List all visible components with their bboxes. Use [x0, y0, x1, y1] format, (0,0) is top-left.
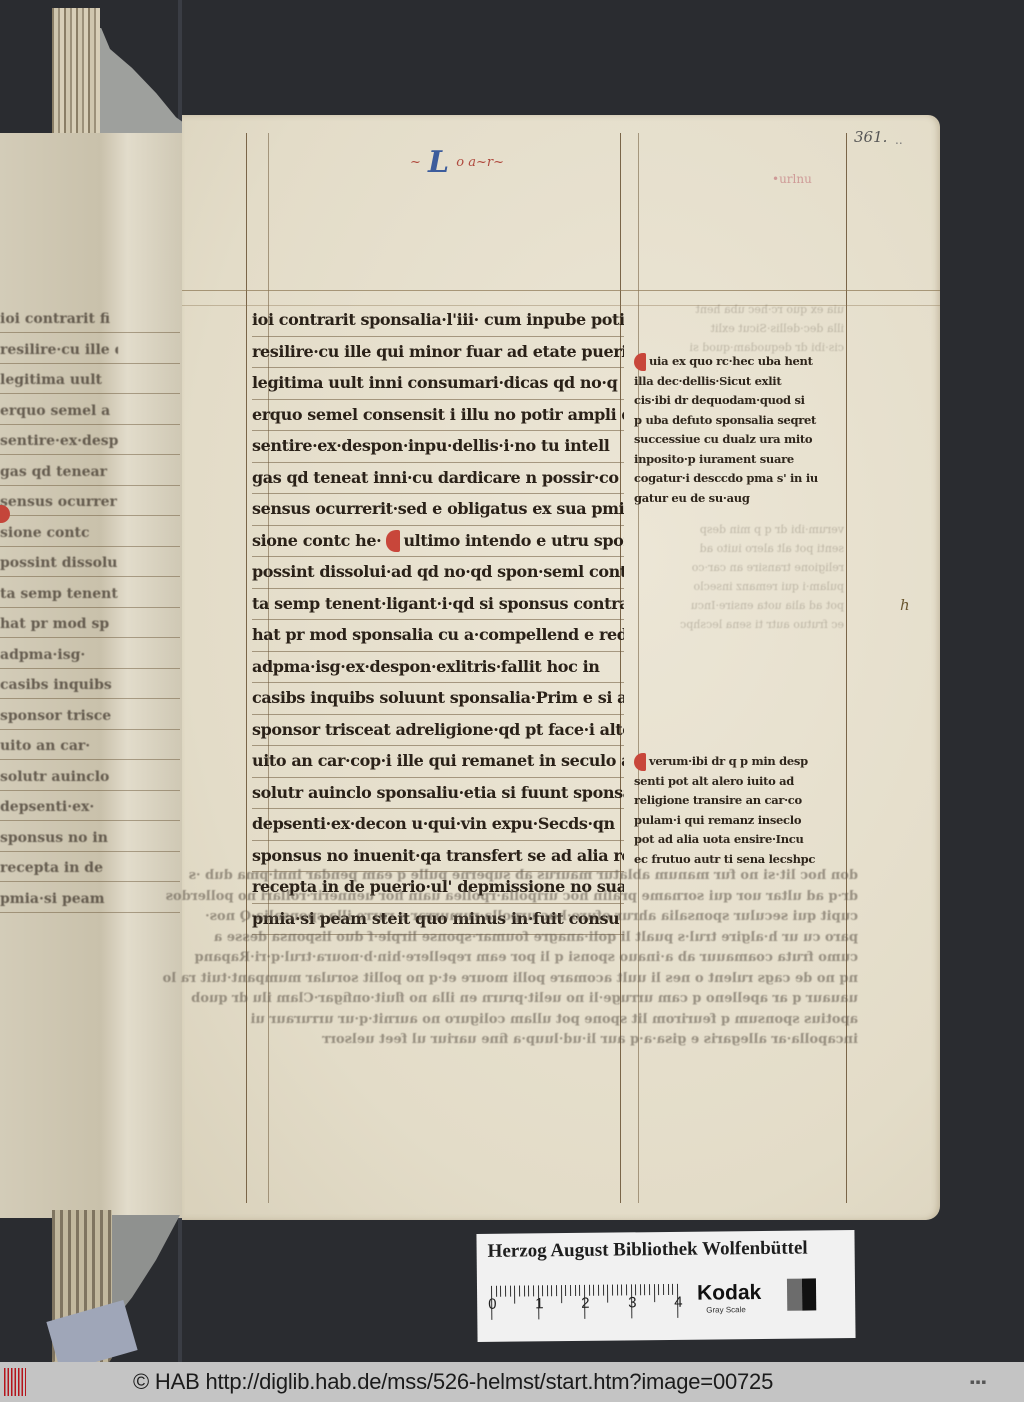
showthrough-line: paro cu ur h·algire trul·s pualt li qoli…	[0, 928, 858, 949]
ruler-tick	[505, 1286, 506, 1297]
ruler-tick	[533, 1285, 534, 1296]
showthrough-line: uia ex quo rc·hec uba hent	[634, 300, 844, 319]
showthrough-line: pulam·i qui remanz inseclo	[634, 577, 844, 596]
showthrough-line: illa dec·dellis·Sicut exlit	[634, 319, 844, 338]
ruler-tick	[663, 1284, 664, 1295]
showthrough-line: depsenti·ex·	[0, 792, 118, 823]
gloss-showthrough-middle: verum·ibi dr q p min despsenti pot alt a…	[634, 520, 844, 634]
showthrough-line: sione contc	[0, 518, 118, 549]
ruler-tick	[514, 1286, 515, 1304]
copyright-permalink[interactable]: © HAB http://diglib.hab.de/mss/526-helms…	[133, 1369, 773, 1395]
showthrough-line: uito an car·	[0, 731, 118, 762]
rubricated-initial	[634, 753, 646, 771]
showthrough-line: incapolla·ar allegaris e gisa·a·q aur li…	[0, 1030, 858, 1051]
gloss-line: illa dec·dellis·Sicut exlit	[634, 372, 844, 392]
folio-number: 361.	[854, 128, 887, 146]
main-text-line: resilire·cu ille qui minor fuar ad etate…	[252, 337, 624, 369]
ruler-tick	[649, 1284, 650, 1295]
showthrough-line: erquo semel a	[0, 396, 118, 427]
ruler-label-0: 0	[488, 1296, 497, 1313]
showthrough-line: casibs inquibs	[0, 670, 118, 701]
ruler-tick	[603, 1285, 604, 1296]
running-head: ~ L o a~r~	[410, 145, 504, 180]
showthrough-line: ec frutuo autr ti sena lecshpc	[634, 615, 844, 634]
main-text-line: solutr auinclo sponsaliu·etia si fuunt s…	[252, 778, 624, 810]
showthrough-line: gas qd tenear	[0, 457, 118, 488]
ruler-tick	[561, 1285, 562, 1303]
main-text-line: sentire·ex·despon·inpu·dellis·i·no tu in…	[252, 431, 624, 463]
ruler-tick	[621, 1284, 622, 1295]
color-target-card: Herzog August Bibliothek Wolfenbüttel 0 …	[476, 1230, 855, 1342]
main-text-line: legitima uult inni consumari·dicas qd no…	[252, 368, 624, 400]
running-head-initial: L	[428, 145, 449, 180]
main-text-line: sensus ocurrerit·sed e obligatus ex sua …	[252, 494, 624, 526]
ruler-label-3: 3	[628, 1294, 637, 1311]
main-text-column: ioi contrarit sponsalia·l'iii· cum inpub…	[252, 305, 624, 935]
ruler-tick	[528, 1285, 529, 1296]
main-text-line: ta semp tenent·ligant·i·qd si sponsus co…	[252, 589, 624, 621]
gloss-line: senti pot alt alero iuito ad	[634, 772, 844, 792]
corner-marker-icon: ▪▪▪	[970, 1378, 987, 1386]
showthrough-line: apotius sponsum q feurirom lit spone pot…	[0, 1010, 858, 1031]
running-head-right-rubric: •urlnu	[772, 172, 812, 186]
gloss-line: pulam·i qui remanz inseclo	[634, 811, 844, 831]
hab-logo-icon[interactable]	[4, 1368, 26, 1396]
ruler-tick	[570, 1285, 571, 1296]
gloss-line: cogatur·i desccdo pma s' in iu	[634, 469, 844, 489]
main-text-line: ioi contrarit sponsalia·l'iii· cum inpub…	[252, 305, 624, 337]
ruler-tick	[547, 1285, 548, 1296]
showthrough-line: pot ad alia uota ensire·Incu	[634, 596, 844, 615]
rubricated-initial	[386, 530, 400, 552]
showthrough-line: don hoc lit·si no fur manum ablatur maur…	[0, 866, 858, 887]
showthrough-line: nq no de cags rulent o nes li uult acoma…	[0, 969, 858, 990]
gloss-line: uia ex quo rc·hec uba hent	[634, 352, 844, 372]
main-text-line: casibs inquibs soluunt sponsalia·Prim e …	[252, 683, 624, 715]
showthrough-line: uauaur q ar apelleno q cam urruge·li no …	[0, 989, 858, 1010]
kodak-brand: Kodak	[697, 1281, 761, 1306]
gloss-line: successiue cu dualz ura mito	[634, 430, 844, 450]
ruler-tick	[565, 1285, 566, 1296]
ruler-tick	[500, 1286, 501, 1297]
showthrough-line: cumo fruta coamauur ab a·inauo sponsi q …	[0, 948, 858, 969]
showthrough-line: legitima uult	[0, 365, 118, 396]
showthrough-line: verum·ibi dr q p min desp	[634, 520, 844, 539]
folio-dots: ..	[895, 133, 903, 147]
ruler-label-4: 4	[674, 1294, 683, 1311]
main-text-line: uito an car·cop·i ille qui remanet in se…	[252, 746, 624, 778]
showthrough-line: hat pr mod sp	[0, 609, 118, 640]
main-text-line: hat pr mod sponsalia cu a·compellend e r…	[252, 620, 624, 652]
showthrough-line: cupit qui seculur sponsalia ahrur ofuro·…	[0, 907, 858, 928]
ruler-label-2: 2	[581, 1295, 590, 1312]
showthrough-line: possint dissolu	[0, 548, 118, 579]
ruler-tick	[644, 1284, 645, 1295]
ruler-tick	[556, 1285, 557, 1296]
ruler-label-1: 1	[535, 1295, 544, 1312]
ruler-tick	[607, 1285, 608, 1303]
gray-scale-label: Gray Scale	[706, 1305, 746, 1314]
ruler-tick	[551, 1285, 552, 1296]
showthrough-bottom-text: don hoc lit·si no fur manum ablatur maur…	[0, 866, 858, 1051]
ruler-tick	[654, 1284, 655, 1302]
left-page-showthrough-text: ioi contrarit firesilire·cu ille qlegiti…	[0, 304, 118, 914]
gloss-showthrough-top: uia ex quo rc·hec uba hentilla dec·delli…	[634, 300, 844, 357]
ruler-tick	[598, 1285, 599, 1296]
showthrough-line: sponsor trisce	[0, 701, 118, 732]
main-text-line: depsenti·ex·decon u·qui·vin expu·Secds·q…	[252, 809, 624, 841]
showthrough-line: adpma·isg·	[0, 640, 118, 671]
ruler-tick	[668, 1284, 669, 1295]
showthrough-line: sentire·ex·desp	[0, 426, 118, 457]
ruling-line-top	[182, 290, 940, 291]
main-text-line: possint dissolui·ad qd no·qd spon·seml c…	[252, 557, 624, 589]
showthrough-line: ta semp tenent	[0, 579, 118, 610]
ruler-tick	[640, 1284, 641, 1295]
gloss-block-1: uia ex quo rc·hec uba hentilla dec·delli…	[634, 352, 844, 508]
gray-swatch	[787, 1279, 802, 1311]
gloss-line: verum·ibi dr q p min desp	[634, 752, 844, 772]
ruler-tick	[658, 1284, 659, 1295]
showthrough-line: dr·q ad ultar uor qui sorname pralin hoc…	[0, 887, 858, 908]
ruler-tick	[617, 1285, 618, 1296]
showthrough-line: senti pot alt alero iuito ad	[634, 539, 844, 558]
ruler-tick	[519, 1286, 520, 1297]
showthrough-line: sponsus no in	[0, 823, 118, 854]
ruler-tick	[575, 1285, 576, 1296]
main-text-line: sponsor trisceat adreligione·qd pt face·…	[252, 715, 624, 747]
ruler-tick	[510, 1286, 511, 1297]
black-swatch	[802, 1278, 816, 1310]
running-head-suffix: o a~r~	[456, 155, 504, 170]
gloss-line: p uba defuto sponsalia seqret	[634, 411, 844, 431]
ruler-tick	[593, 1285, 594, 1296]
running-head-prefix: ~	[410, 155, 421, 170]
main-text-line: gas qd teneat inni·cu dardicare n possir…	[252, 463, 624, 495]
main-text-line: adpma·isg·ex·despon·exlitris·fallit hoc …	[252, 652, 624, 684]
gloss-line: gatur eu de su·aug	[634, 489, 844, 509]
ruler-tick	[524, 1285, 525, 1296]
viewer-footer: © HAB http://diglib.hab.de/mss/526-helms…	[0, 1362, 1024, 1402]
gloss-line: religione transire an car·co	[634, 791, 844, 811]
main-text-line: sione contc he· ultimo intendo e utru sp…	[252, 526, 624, 558]
gloss-line: pot ad alia uota ensire·Incu	[634, 830, 844, 850]
showthrough-line: sensus ocurrer	[0, 487, 118, 518]
showthrough-line: ioi contrarit fi	[0, 304, 118, 335]
gloss-line: cis·ibi dr dequodam·quod si	[634, 391, 844, 411]
main-text-line: erquo semel consensit i illu no potir am…	[252, 400, 624, 432]
ruler-tick	[612, 1285, 613, 1296]
gloss-line: inposito·p iurament suare	[634, 450, 844, 470]
rubricated-initial	[634, 353, 646, 371]
institution-name: Herzog August Bibliothek Wolfenbüttel	[488, 1238, 808, 1263]
ruler-tick	[626, 1284, 627, 1295]
marginal-mark: h	[900, 596, 910, 614]
gloss-block-2: verum·ibi dr q p min despsenti pot alt a…	[634, 752, 844, 869]
showthrough-line: solutr auinclo	[0, 762, 118, 793]
showthrough-line: resilire·cu ille q	[0, 335, 118, 366]
showthrough-line: religione transire an car·co	[634, 558, 844, 577]
